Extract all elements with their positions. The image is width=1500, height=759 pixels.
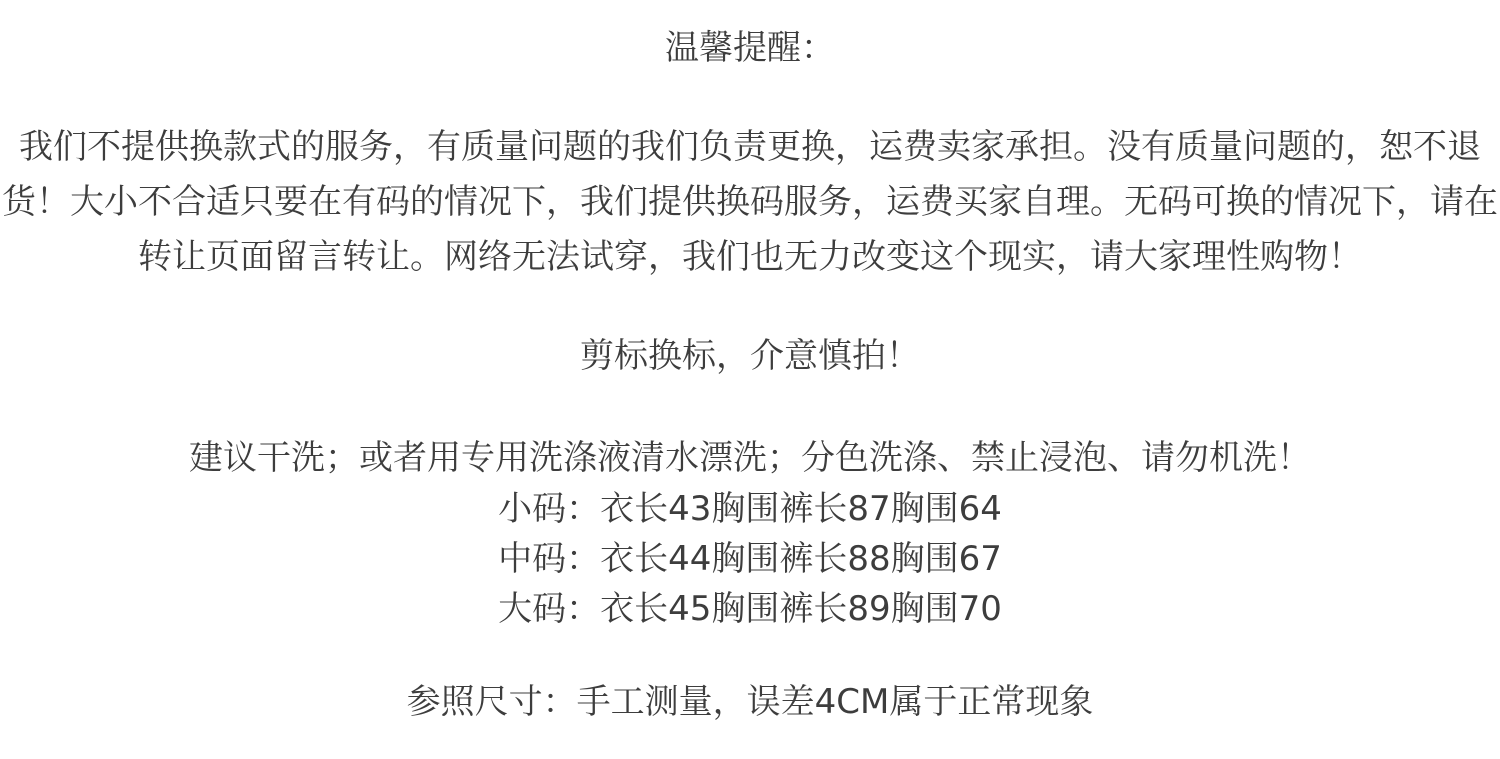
size-large-line: 大码：衣长45胸围裤长89胸围70 — [0, 584, 1500, 634]
measurement-note-line: 参照尺寸：手工测量，误差4CM属于正常现象 — [0, 676, 1500, 728]
washing-instructions-line: 建议干洗；或者用专用洗涤液清水漂洗；分色洗涤、禁止浸泡、请勿机洗！ — [0, 432, 1500, 484]
notice-title: 温馨提醒： — [0, 22, 1500, 74]
return-policy-paragraph: 我们不提供换款式的服务，有质量问题的我们负责更换，运费卖家承担。没有质量问题的，… — [2, 120, 1498, 285]
label-warning-line: 剪标换标，介意慎拍！ — [0, 329, 1500, 384]
product-notice-page: 温馨提醒： 我们不提供换款式的服务，有质量问题的我们负责更换，运费卖家承担。没有… — [0, 0, 1500, 759]
size-medium-line: 中码：衣长44胸围裤长88胸围67 — [0, 534, 1500, 584]
size-small-line: 小码：衣长43胸围裤长87胸围64 — [0, 484, 1500, 534]
